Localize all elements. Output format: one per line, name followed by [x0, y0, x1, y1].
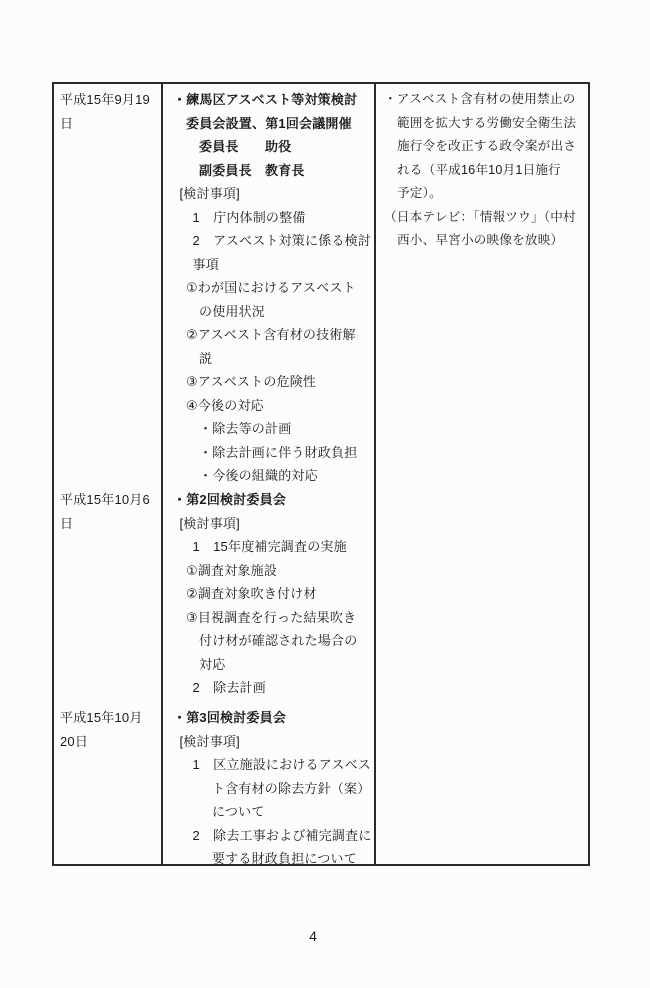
text-line: 事項 [183, 253, 375, 277]
row-1-date-block: 平成15年9月19日 [54, 88, 161, 135]
text-line: 委員会設置、第1回会議開催 [176, 112, 374, 136]
text-line: 副委員長 教育長 [189, 159, 374, 183]
text-line: 平成15年10月 [54, 706, 161, 730]
text-line: ト含有材の除去方針（案） [202, 777, 374, 801]
text-line: ・第3回検討委員会 [163, 706, 374, 730]
text-line: の使用状況 [189, 300, 374, 324]
text-line: 要する財政負担について [202, 847, 374, 866]
text-line: 日 [54, 512, 161, 536]
text-line: ・除去等の計画 [189, 417, 374, 441]
text-line: 2 除去計画 [183, 676, 375, 700]
text-line: 1 15年度補完調査の実施 [183, 535, 375, 559]
text-line: について [202, 800, 374, 824]
text-line: [検討事項] [170, 730, 375, 754]
row-2-agenda-block: ・第2回検討委員会[検討事項]1 15年度補完調査の実施①調査対象施設②調査対象… [163, 488, 374, 700]
meeting-history-table: 平成15年9月19日平成15年10月6日平成15年10月20日 ・練馬区アスベス… [52, 82, 590, 866]
text-line: ・除去計画に伴う財政負担 [189, 441, 374, 465]
notes-column: ・アスベスト含有材の使用禁止の範囲を拡大する労働安全衛生法施行令を改正する政令案… [376, 84, 588, 864]
text-line: 平成15年9月19 [54, 88, 161, 112]
text-line: ①調査対象施設 [176, 559, 374, 583]
page-number: 4 [0, 928, 626, 944]
text-line: 施行令を改正する政令案が出さ [389, 135, 588, 159]
text-line: ・練馬区アスベスト等対策検討 [163, 88, 374, 112]
text-line: ④今後の対応 [176, 394, 374, 418]
text-line: ・アスベスト含有材の使用禁止の [376, 88, 588, 112]
text-line: ①わが国におけるアスベスト [176, 276, 374, 300]
text-line: [検討事項] [170, 182, 375, 206]
text-line: 2 除去工事および補完調査に [183, 824, 375, 848]
text-line: 日 [54, 112, 161, 136]
row-3-agenda-block: ・第3回検討委員会[検討事項]1 区立施設におけるアスベスト含有材の除去方針（案… [163, 706, 374, 866]
row-3-date-block: 平成15年10月20日 [54, 706, 161, 753]
row-1-agenda-block: ・練馬区アスベスト等対策検討委員会設置、第1回会議開催委員長 助役副委員長 教育… [163, 88, 374, 488]
row-2-date-block: 平成15年10月6日 [54, 488, 161, 535]
row-1-notes-block: ・アスベスト含有材の使用禁止の範囲を拡大する労働安全衛生法施行令を改正する政令案… [376, 88, 588, 253]
text-line: れる（平成16年10月1日施行 [389, 159, 588, 183]
text-line: [検討事項] [170, 512, 375, 536]
text-line: 1 庁内体制の整備 [183, 206, 375, 230]
text-line: ③アスベストの危険性 [176, 370, 374, 394]
text-line: 範囲を拡大する労働安全衛生法 [389, 112, 588, 136]
text-line: 説 [189, 347, 374, 371]
text-line: 付け材が確認された場合の [189, 629, 374, 653]
agenda-column: ・練馬区アスベスト等対策検討委員会設置、第1回会議開催委員長 助役副委員長 教育… [163, 84, 376, 864]
text-line: ②調査対象吹き付け材 [176, 582, 374, 606]
text-line: 予定）。 [389, 182, 588, 206]
text-line: 1 区立施設におけるアスベス [183, 753, 375, 777]
text-line: 20日 [54, 730, 161, 754]
text-line: ③目視調査を行った結果吹き [176, 606, 374, 630]
date-column: 平成15年9月19日平成15年10月6日平成15年10月20日 [54, 84, 163, 864]
text-line: 西小、早宮小の映像を放映） [389, 229, 588, 253]
text-line: ②アスベスト含有材の技術解 [176, 323, 374, 347]
text-line: （日本テレビ：「情報ツウ」（中村 [376, 206, 588, 230]
text-line: 平成15年10月6 [54, 488, 161, 512]
text-line: 対応 [189, 653, 374, 677]
text-line: 委員長 助役 [189, 135, 374, 159]
text-line: 2 アスベスト対策に係る検討 [183, 229, 375, 253]
text-line: ・今後の組織的対応 [189, 464, 374, 488]
text-line: ・第2回検討委員会 [163, 488, 374, 512]
